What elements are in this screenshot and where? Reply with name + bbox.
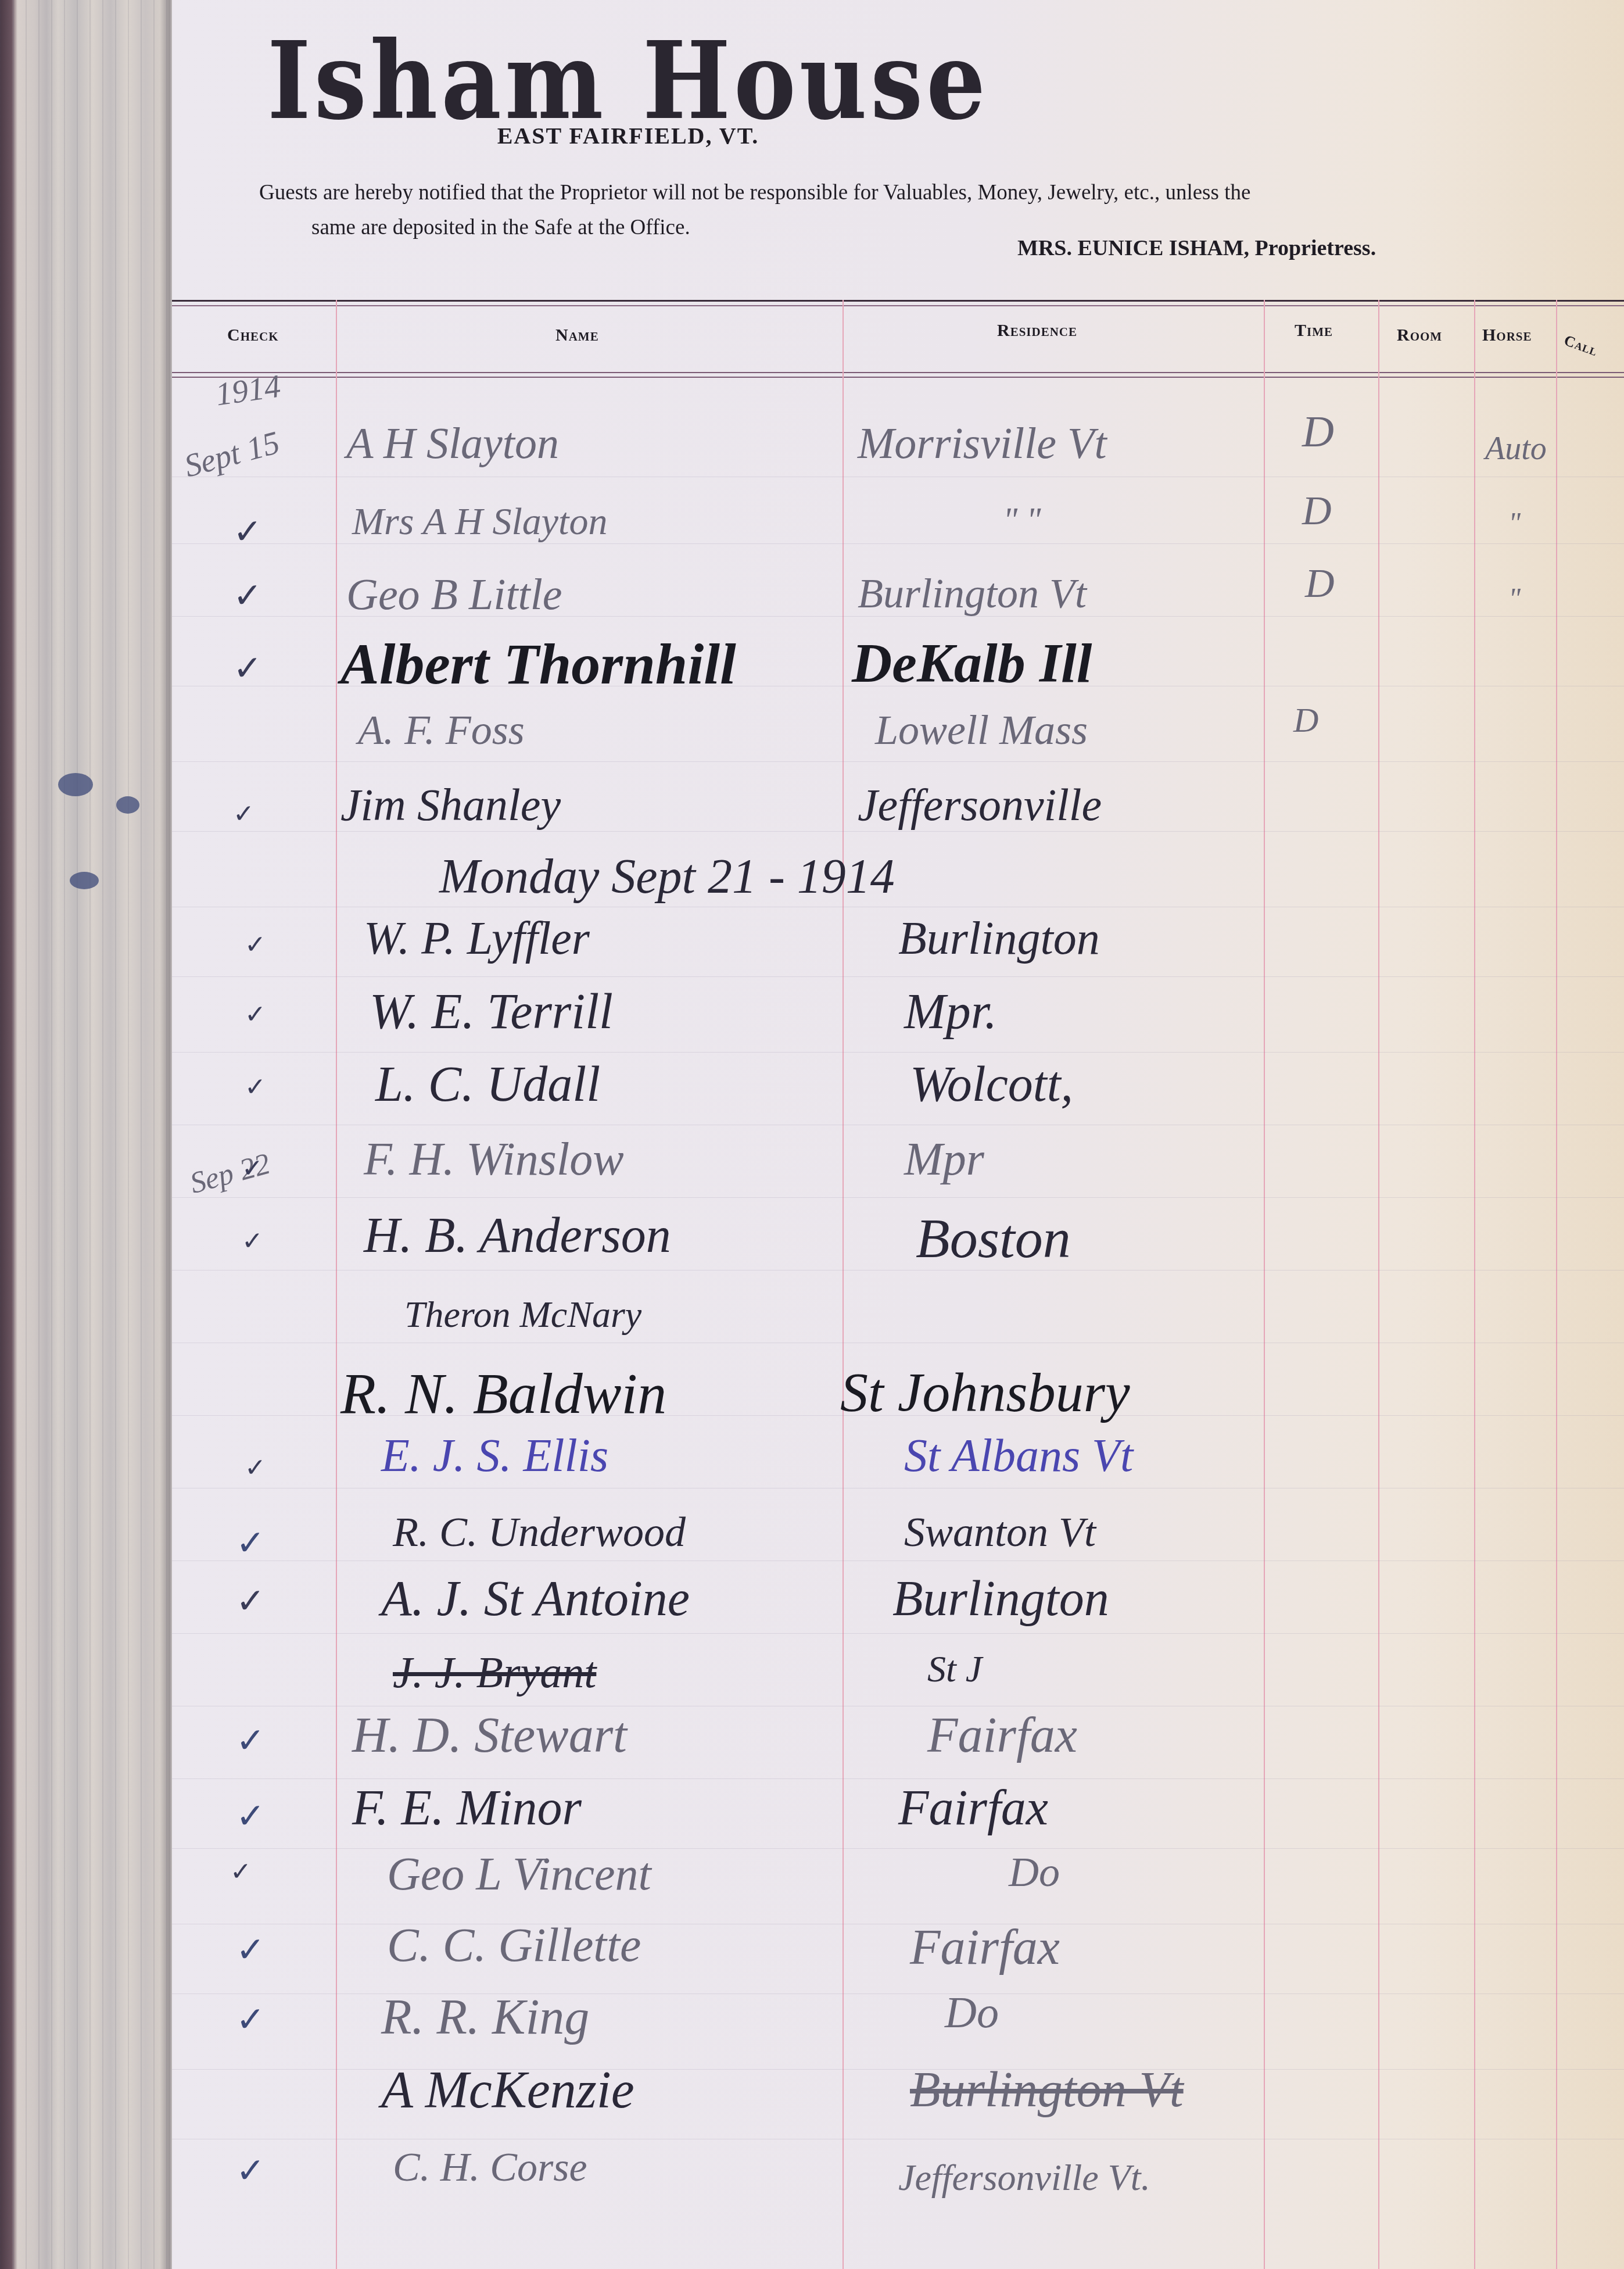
guest-name: C. C. Gillette bbox=[387, 1918, 641, 1973]
guest-residence: St Albans Vt bbox=[904, 1430, 1133, 1483]
guest-residence: Burlington Vt bbox=[858, 570, 1087, 618]
ink-blot bbox=[116, 796, 139, 814]
ruled-line bbox=[172, 831, 1624, 832]
guest-name: W. E. Terrill bbox=[370, 982, 613, 1040]
check-mark: ✓ bbox=[236, 2150, 265, 2191]
guest-residence: " " bbox=[1003, 500, 1041, 540]
date-heading-monday: Monday Sept 21 - 1914 bbox=[439, 849, 895, 905]
guest-residence: Fairfax bbox=[927, 1706, 1077, 1764]
column-header-horse: Horse bbox=[1482, 325, 1532, 345]
column-divider bbox=[1264, 300, 1265, 2269]
check-mark: ✓ bbox=[245, 1453, 266, 1483]
guest-residence: Fairfax bbox=[898, 1778, 1048, 1837]
guest-name: A. J. St Antoine bbox=[381, 1569, 690, 1627]
header-rule-top bbox=[172, 300, 1624, 306]
guest-time: D bbox=[1302, 488, 1332, 535]
guest-residence: Do bbox=[1009, 1848, 1060, 1896]
guest-name: Mrs A H Slayton bbox=[352, 500, 607, 544]
column-header-time: Time bbox=[1295, 321, 1333, 341]
guest-name: Geo B Little bbox=[346, 570, 562, 620]
guest-time: D bbox=[1302, 407, 1334, 457]
ruled-line bbox=[172, 1488, 1624, 1488]
guest-name: H. D. Stewart bbox=[352, 1706, 627, 1764]
check-mark: ✓ bbox=[230, 1857, 252, 1887]
guest-name: A H Slayton bbox=[346, 418, 559, 469]
page-header: Isham House EAST FAIRFIELD, VT. Guests a… bbox=[172, 0, 1624, 296]
guest-name: A McKenzie bbox=[381, 2060, 634, 2120]
ruled-line bbox=[172, 907, 1624, 907]
guest-residence: Fairfax bbox=[910, 1918, 1060, 1976]
column-header-room: Room bbox=[1397, 325, 1442, 345]
ruled-line bbox=[172, 1343, 1624, 1343]
guest-name: Geo L Vincent bbox=[387, 1848, 651, 1901]
guest-time: D bbox=[1293, 700, 1318, 740]
date-note-sept15: Sept 15 bbox=[181, 424, 284, 485]
ruled-line bbox=[172, 1561, 1624, 1561]
check-mark: ✓ bbox=[233, 575, 262, 616]
guest-name: H. B. Anderson bbox=[364, 1206, 671, 1264]
ruled-line bbox=[172, 2139, 1624, 2139]
guest-name: J. J. Bryant bbox=[393, 1648, 596, 1698]
guest-horse: Auto bbox=[1485, 430, 1547, 467]
check-mark: ✓ bbox=[233, 511, 262, 552]
guest-residence: Morrisville Vt bbox=[858, 418, 1107, 469]
guest-residence: Burlington Vt bbox=[910, 2060, 1184, 2118]
ruled-line bbox=[172, 1633, 1624, 1634]
ink-blot bbox=[70, 872, 99, 889]
guest-residence: DeKalb Ill bbox=[852, 631, 1092, 695]
check-mark: ✓ bbox=[245, 1072, 266, 1102]
ruled-line bbox=[172, 1197, 1624, 1198]
ruled-line bbox=[172, 1270, 1624, 1271]
guest-residence: Mpr bbox=[904, 1133, 984, 1186]
guest-name: C. H. Corse bbox=[393, 2145, 587, 2191]
guest-residence: Lowell Mass bbox=[875, 706, 1088, 754]
column-divider bbox=[336, 300, 337, 2269]
guest-residence: Swanton Vt bbox=[904, 1508, 1096, 1556]
guest-name: F. E. Minor bbox=[352, 1778, 582, 1837]
ink-blot bbox=[58, 773, 93, 796]
header-rule-bottom bbox=[172, 372, 1624, 378]
guest-residence: St J bbox=[927, 1648, 982, 1691]
column-header-call: Call bbox=[1562, 332, 1600, 360]
column-divider bbox=[843, 300, 844, 2269]
guest-name: Jim Shanley bbox=[340, 779, 561, 831]
column-divider bbox=[1556, 300, 1557, 2269]
guest-horse: " bbox=[1508, 581, 1521, 615]
column-divider bbox=[1474, 300, 1475, 2269]
check-mark: ✓ bbox=[233, 799, 254, 829]
guest-name: Albert Thornhill bbox=[340, 631, 736, 697]
column-divider bbox=[1378, 300, 1379, 2269]
guest-residence: Boston bbox=[916, 1206, 1071, 1271]
guest-name: L. C. Udall bbox=[375, 1055, 600, 1113]
check-mark: ✓ bbox=[236, 1720, 265, 1761]
guest-name: A. F. Foss bbox=[358, 706, 525, 754]
guest-residence: Jeffersonville bbox=[858, 779, 1102, 831]
column-header-check: Check bbox=[227, 325, 279, 345]
ruled-line bbox=[172, 477, 1624, 477]
guest-residence: Mpr. bbox=[904, 982, 997, 1040]
ruled-line bbox=[172, 976, 1624, 977]
column-header-residence: Residence bbox=[997, 321, 1077, 341]
check-mark: ✓ bbox=[245, 1000, 266, 1029]
guest-name: R. R. King bbox=[381, 1988, 589, 2046]
check-mark: ✓ bbox=[242, 1226, 263, 1256]
check-mark: ✓ bbox=[245, 930, 266, 960]
guest-residence: Do bbox=[945, 1988, 999, 2038]
guest-name: W. P. Lyffler bbox=[364, 912, 590, 965]
guest-residence: St Johnsbury bbox=[840, 1360, 1130, 1425]
guest-name: E. J. S. Ellis bbox=[381, 1430, 608, 1483]
guest-residence: Wolcott, bbox=[910, 1055, 1073, 1113]
guest-residence: Jeffersonville Vt. bbox=[898, 2156, 1150, 2199]
guest-name: Theron McNary bbox=[404, 1293, 641, 1336]
notice-line-1: Guests are hereby notified that the Prop… bbox=[259, 180, 1250, 205]
guest-residence: Burlington bbox=[892, 1569, 1109, 1627]
check-mark: ✓ bbox=[236, 1999, 265, 2040]
check-mark: ✓ bbox=[242, 1154, 263, 1183]
guest-name: F. H. Winslow bbox=[364, 1133, 624, 1186]
guest-name: R. C. Underwood bbox=[393, 1508, 686, 1556]
check-mark: ✓ bbox=[236, 1796, 265, 1837]
register-page: Isham House EAST FAIRFIELD, VT. Guests a… bbox=[172, 0, 1624, 2269]
check-mark: ✓ bbox=[236, 1523, 265, 1563]
hotel-location: EAST FAIRFIELD, VT. bbox=[172, 122, 1084, 149]
check-mark: ✓ bbox=[233, 648, 262, 689]
guest-name: R. N. Baldwin bbox=[340, 1360, 666, 1427]
check-mark: ✓ bbox=[236, 1930, 265, 1970]
book-page-edges bbox=[0, 0, 174, 2269]
ruled-line bbox=[172, 761, 1624, 762]
guest-time: D bbox=[1305, 561, 1335, 607]
guest-horse: " bbox=[1508, 506, 1521, 539]
notice-line-2: same are deposited in the Safe at the Of… bbox=[311, 215, 690, 240]
column-header-name: Name bbox=[555, 325, 599, 345]
ruled-line bbox=[172, 1125, 1624, 1125]
ruled-line bbox=[172, 1052, 1624, 1053]
check-mark: ✓ bbox=[236, 1581, 265, 1622]
guest-residence: Burlington bbox=[898, 912, 1100, 965]
proprietor-name: MRS. EUNICE ISHAM, Proprietress. bbox=[1017, 235, 1376, 261]
